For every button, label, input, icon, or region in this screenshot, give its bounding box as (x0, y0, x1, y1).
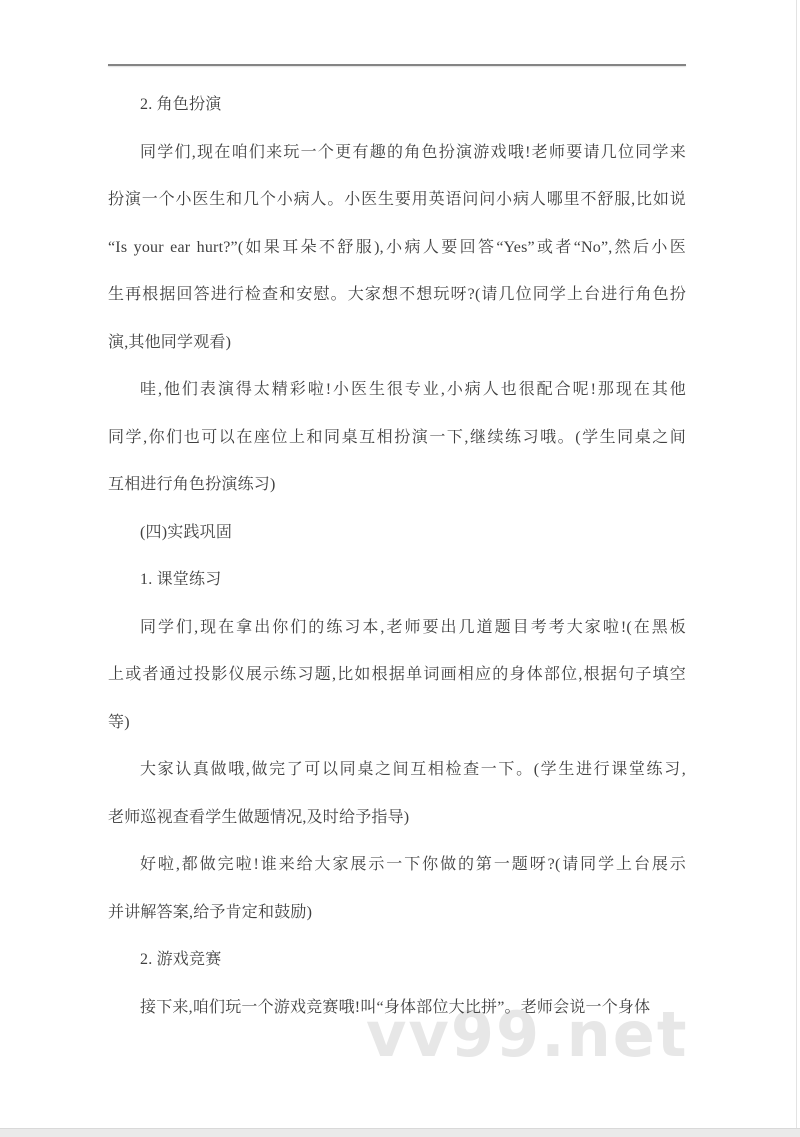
text-line: 同学,你们也可以在座位上和同桌互相扮演一下,继续练习哦。(学生同桌之间 (108, 414, 686, 462)
text-line: 老师巡视查看学生做题情况,及时给予指导) (108, 794, 686, 842)
document-page: vv99.net 2. 角色扮演同学们,现在咱们来玩一个更有趣的角色扮演游戏哦!… (0, 0, 800, 1137)
text-line: 演,其他同学观看) (108, 319, 686, 367)
text-line: 生再根据回答进行检查和安慰。大家想不想玩呀?(请几位同学上台进行角色扮 (108, 271, 686, 319)
text-line: 同学们,现在拿出你们的练习本,老师要出几道题目考考大家啦!(在黑板 (108, 604, 686, 652)
paragraph-block: 大家认真做哦,做完了可以同桌之间互相检查一下。(学生进行课堂练习,老师巡视查看学… (108, 746, 686, 841)
document-content: 2. 角色扮演同学们,现在咱们来玩一个更有趣的角色扮演游戏哦!老师要请几位同学来… (108, 81, 686, 1031)
text-line: 2. 角色扮演 (108, 81, 686, 129)
paragraph-block: 同学们,现在拿出你们的练习本,老师要出几道题目考考大家啦!(在黑板上或者通过投影… (108, 604, 686, 747)
text-line: 1. 课堂练习 (108, 556, 686, 604)
text-line: 哇,他们表演得太精彩啦!小医生很专业,小病人也很配合呢!那现在其他 (108, 366, 686, 414)
text-line: (四)实践巩固 (108, 509, 686, 557)
heading-block: 2. 角色扮演 (108, 81, 686, 129)
paragraph-block: 同学们,现在咱们来玩一个更有趣的角色扮演游戏哦!老师要请几位同学来扮演一个小医生… (108, 129, 686, 367)
text-line: 互相进行角色扮演练习) (108, 461, 686, 509)
paragraph-block: 哇,他们表演得太精彩啦!小医生很专业,小病人也很配合呢!那现在其他同学,你们也可… (108, 366, 686, 509)
page-bottom-bar (0, 1128, 800, 1137)
text-line: 接下来,咱们玩一个游戏竞赛哦!叫“身体部位大比拼”。老师会说一个身体 (108, 984, 686, 1032)
text-line: 好啦,都做完啦!谁来给大家展示一下你做的第一题呀?(请同学上台展示 (108, 841, 686, 889)
horizontal-rule (108, 64, 686, 66)
text-line: 并讲解答案,给予肯定和鼓励) (108, 889, 686, 937)
paragraph-block: 好啦,都做完啦!谁来给大家展示一下你做的第一题呀?(请同学上台展示并讲解答案,给… (108, 841, 686, 936)
text-line: 2. 游戏竞赛 (108, 936, 686, 984)
text-line: 扮演一个小医生和几个小病人。小医生要用英语问问小病人哪里不舒服,比如说 (108, 176, 686, 224)
text-line: 同学们,现在咱们来玩一个更有趣的角色扮演游戏哦!老师要请几位同学来 (108, 129, 686, 177)
paragraph-block: 接下来,咱们玩一个游戏竞赛哦!叫“身体部位大比拼”。老师会说一个身体 (108, 984, 686, 1032)
heading-block: 2. 游戏竞赛 (108, 936, 686, 984)
heading-block: 1. 课堂练习 (108, 556, 686, 604)
page-right-edge (796, 0, 797, 1128)
text-line: “Is your ear hurt?”(如果耳朵不舒服),小病人要回答“Yes”… (108, 224, 686, 272)
text-line: 大家认真做哦,做完了可以同桌之间互相检查一下。(学生进行课堂练习, (108, 746, 686, 794)
text-line: 上或者通过投影仪展示练习题,比如根据单词画相应的身体部位,根据句子填空 (108, 651, 686, 699)
heading-block: (四)实践巩固 (108, 509, 686, 557)
text-line: 等) (108, 699, 686, 747)
